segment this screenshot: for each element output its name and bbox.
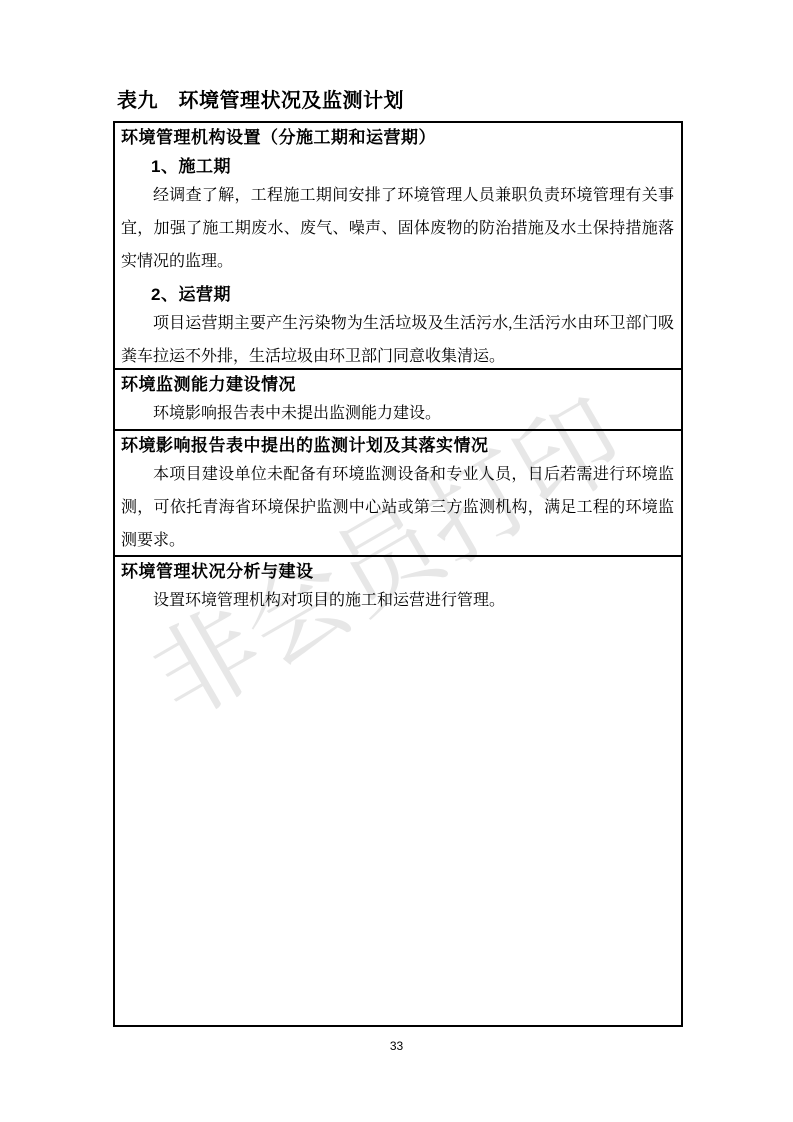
document-page: 非会员打印 表九 环境管理状况及监测计划 环境管理机构设置（分施工期和运营期） … [0,0,793,1122]
section-header: 环境管理状况分析与建设 [121,560,674,584]
section-management-analysis: 环境管理状况分析与建设 设置环境管理机构对项目的施工和运营进行管理。 [115,555,681,1025]
paragraph-operation-period: 项目运营期主要产生污染物为生活垃圾及生活污水,生活污水由环卫部门吸粪车拉运不外排… [121,307,674,368]
section-header: 环境管理机构设置（分施工期和运营期） [121,126,674,150]
paragraph-monitoring-capacity: 环境影响报告表中未提出监测能力建设。 [121,397,674,429]
section-header: 环境影响报告表中提出的监测计划及其落实情况 [121,434,674,458]
paragraph-monitoring-plan: 本项目建设单位未配备有环境监测设备和专业人员，日后若需进行环境监测，可依托青海省… [121,458,674,555]
paragraph-management-analysis: 设置环境管理机构对项目的施工和运营进行管理。 [121,584,674,617]
page-number: 33 [0,1039,793,1053]
subsection-header-construction-period: 1、施工期 [151,155,674,179]
page-title: 表九 环境管理状况及监测计划 [117,89,404,113]
paragraph-construction-period: 经调查了解，工程施工期间安排了环境管理人员兼职负责环境管理有关事宜，加强了施工期… [121,179,674,278]
section-header: 环境监测能力建设情况 [121,373,674,397]
subsection-header-operation-period: 2、运营期 [151,283,674,307]
section-env-management-setup: 环境管理机构设置（分施工期和运营期） 1、施工期 经调查了解，工程施工期间安排了… [115,123,681,368]
section-monitoring-plan: 环境影响报告表中提出的监测计划及其落实情况 本项目建设单位未配备有环境监测设备和… [115,429,681,555]
section-monitoring-capacity: 环境监测能力建设情况 环境影响报告表中未提出监测能力建设。 [115,368,681,429]
report-table: 环境管理机构设置（分施工期和运营期） 1、施工期 经调查了解，工程施工期间安排了… [113,121,683,1027]
